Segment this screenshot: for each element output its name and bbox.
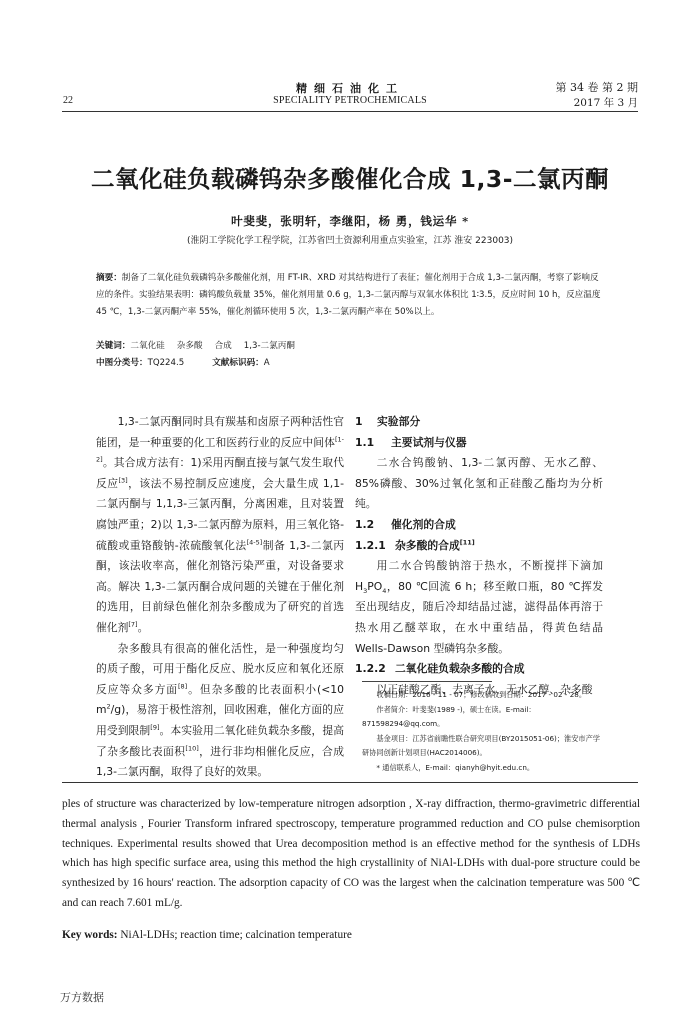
footnote-author-bio: 作者简介：叶斐斐(1989 -)，硕士在读。E-mail：871598294@q…: [362, 703, 607, 732]
footnote-divider: [362, 681, 492, 682]
keywords-en-label: Key words:: [62, 929, 118, 941]
doc-code-value: A: [264, 358, 270, 368]
section-divider: [62, 782, 638, 783]
keywords-en: Key words: NiAl-LDHs; reaction time; cal…: [62, 929, 352, 941]
issue-date: 2017 年 3 月: [574, 95, 638, 110]
abstract-label: 摘要：: [96, 273, 122, 283]
hpa-synthesis-paragraph: 用二水合钨酸钠溶于热水，不断搅拌下滴加 H3PO4，80 ℃回流 6 h；移至敞…: [355, 556, 603, 659]
abstract-cn: 摘要：制备了二氧化硅负载磷钨杂多酸催化剂，用 FT-IR、XRD 对其结构进行了…: [96, 270, 606, 322]
doc-code-label: 文献标识码：: [212, 358, 264, 368]
citation[interactable]: [10]: [185, 744, 198, 752]
citation[interactable]: [9]: [150, 723, 159, 731]
article-title: 二氧化硅负载磷钨杂多酸催化合成 1,3-二氯丙酮: [0, 160, 700, 194]
classification: 中图分类号：TQ224.5文献标识码：A: [96, 356, 270, 368]
keyword: 杂多酸: [177, 341, 203, 351]
affiliation: (淮阴工学院化学工程学院，江苏省凹土资源利用重点实验室，江苏 淮安 223003…: [0, 233, 700, 246]
body-right-column: 1实验部分 1.1主要试剂与仪器 二水合钨酸钠、1,3-二氯丙醇、无水乙醇、85…: [355, 412, 603, 700]
keywords-cn: 关键词：二氧化硅杂多酸合成1,3-二氯丙酮: [96, 339, 295, 351]
wanfang-watermark: 万方数据: [60, 989, 104, 1005]
section-heading-1-2-1: 1.2.1杂多酸的合成[11]: [355, 536, 603, 557]
keyword: 二氧化硅: [130, 341, 164, 351]
intro-paragraph-2: 杂多酸具有很高的催化活性，是一种强度均匀的质子酸，可用于酯化反应、脱水反应和氧化…: [96, 639, 344, 783]
abstract-en: ples of structure was characterized by l…: [62, 795, 640, 914]
footnote-correspondence: * 通信联系人，E-mail：qianyh@hyit.edu.cn。: [362, 761, 607, 776]
body-left-column: 1,3-二氯丙酮同时具有羰基和卤原子两种活性官能团，是一种重要的化工和医药行业的…: [96, 412, 344, 783]
keyword: 合成: [215, 341, 232, 351]
citation[interactable]: [3]: [118, 476, 127, 484]
author-list: 叶斐斐，张明轩，李继阳，杨 勇，钱运华 *: [0, 213, 700, 229]
section-heading-1-2: 1.2催化剂的合成: [355, 515, 603, 536]
section-heading-1: 1实验部分: [355, 412, 603, 433]
reagents-paragraph: 二水合钨酸钠、1,3-二氯丙醇、无水乙醇、85%磷酸、30%过氧化氢和正硅酸乙酯…: [355, 453, 603, 515]
citation[interactable]: [4-5]: [247, 538, 263, 546]
section-heading-1-1: 1.1主要试剂与仪器: [355, 433, 603, 454]
intro-paragraph-1: 1,3-二氯丙酮同时具有羰基和卤原子两种活性官能团，是一种重要的化工和医药行业的…: [96, 412, 344, 639]
abstract-en-text: ples of structure was characterized by l…: [62, 795, 640, 914]
footnotes: 收稿日期：2016 - 11 - 07；修改稿收到日期：2017 - 02 - …: [362, 688, 607, 776]
keywords-en-values: NiAl-LDHs; reaction time; calcination te…: [120, 929, 352, 941]
clc-value: TQ224.5: [148, 358, 185, 368]
header-divider: [62, 111, 638, 112]
abstract-text: 制备了二氧化硅负载磷钨杂多酸催化剂，用 FT-IR、XRD 对其结构进行了表征；…: [96, 273, 600, 317]
citation[interactable]: [11]: [460, 538, 475, 546]
clc-label: 中图分类号：: [96, 358, 148, 368]
footnote-received: 收稿日期：2016 - 11 - 07；修改稿收到日期：2017 - 02 - …: [362, 688, 607, 703]
footnote-funding: 基金项目：江苏省前瞻性联合研究项目(BY2015051-06)；淮安市产学研协同…: [362, 732, 607, 761]
keyword: 1,3-二氯丙酮: [244, 341, 295, 351]
keywords-label: 关键词：: [96, 341, 130, 351]
citation[interactable]: [8]: [178, 682, 187, 690]
volume-issue: 第 34 卷 第 2 期: [556, 79, 638, 95]
section-heading-1-2-2: 1.2.2二氧化硅负载杂多酸的合成: [355, 659, 603, 680]
citation[interactable]: [7]: [128, 620, 137, 628]
